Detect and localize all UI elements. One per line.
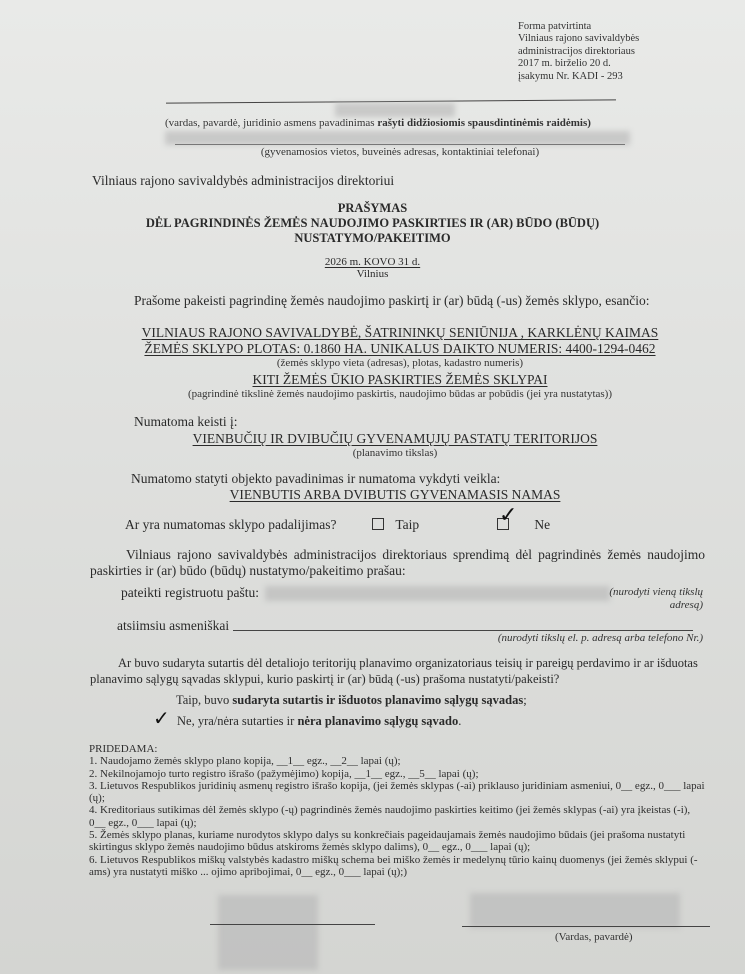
applicant-name-caption: (vardas, pavardė, juridinio asmens pavad… [165, 117, 645, 129]
pickup-contact-field[interactable] [233, 630, 693, 631]
change-to-caption: (planavimo tikslas) [100, 447, 690, 459]
division-option-yes[interactable]: Taip [372, 517, 419, 533]
plot-location: VILNIAUS RAJONO SAVIVALDYBĖ, ŠATRININKŲ … [100, 325, 700, 341]
attachment-item: 6. Lietuvos Respublikos miškų valstybės … [89, 854, 707, 879]
change-to-value: VIENBUČIŲ IR DVIBUČIŲ GYVENAMŲJŲ PASTATŲ… [100, 431, 690, 447]
redacted-applicant-address [165, 131, 630, 145]
approval-line: Vilniaus rajono savivaldybės [518, 33, 639, 45]
signature-caption: (Vardas, pavardė) [555, 931, 633, 943]
plot-current-purpose-caption: (pagrindinė tikslinė žemės naudojimo pas… [100, 388, 700, 400]
title-line-1: PRAŠYMAS [0, 201, 745, 216]
document-title: PRAŠYMAS DĖL PAGRINDINĖS ŽEMĖS NAUDOJIMO… [0, 201, 745, 246]
document-date: 2026 m. KOVO 31 d. [0, 256, 745, 268]
delivery-pickup-label: atsiimsiu asmeniškai [117, 618, 229, 634]
checkbox-yes[interactable] [372, 518, 384, 530]
title-line-2: DĖL PAGRINDINĖS ŽEMĖS NAUDOJIMO PASKIRTI… [0, 216, 745, 231]
plot-area-and-id: ŽEMĖS SKLYPO PLOTAS: 0.1860 HA. UNIKALUS… [100, 341, 700, 357]
delivery-post-label: pateikti registruotu paštu: [121, 585, 259, 601]
attachment-item: 2. Nekilnojamojo turto registro išrašo (… [89, 768, 707, 780]
agreement-option-no[interactable]: Ne, yra/nėra sutarties ir nėra planavimo… [177, 714, 461, 729]
document-place: Vilnius [0, 268, 745, 280]
signature-name-line [462, 926, 710, 927]
approval-line: Forma patvirtinta [518, 21, 639, 33]
attachment-item: 3. Lietuvos Respublikos juridinių asmenų… [89, 780, 707, 805]
approval-line: 2017 m. birželio 20 d. [518, 58, 639, 70]
checkmark-icon: ✓ [153, 706, 170, 730]
object-value: VIENBUTIS ARBA DVIBUTIS GYVENAMASIS NAMA… [100, 487, 690, 503]
applicant-address-line [175, 144, 625, 145]
object-label: Numatomo statyti objekto pavadinimas ir … [131, 471, 500, 487]
approval-line: administracijos direktoriaus [518, 46, 639, 58]
redacted-signature [470, 893, 680, 928]
plot-caption: (žemės sklypo vieta (adresas), plotas, k… [100, 357, 700, 369]
attachment-item: 1. Naudojamo žemės sklypo plano kopija, … [89, 755, 707, 767]
agreement-question: Ar buvo sudaryta sutartis dėl detaliojo … [90, 655, 710, 687]
delivery-post-hint: (nurodyti vieną tikslų adresą) [608, 586, 703, 612]
attachment-item: 5. Žemės sklypo planas, kuriame nurodyto… [89, 829, 707, 854]
signature-date-line [210, 924, 375, 925]
delivery-intro: Vilniaus rajono savivaldybės administrac… [90, 547, 705, 579]
form-approval-note: Forma patvirtinta Vilniaus rajono saviva… [518, 21, 639, 83]
attachments-heading: PRIDEDAMA: [89, 743, 707, 755]
division-option-no[interactable]: ✓ Ne [497, 517, 550, 533]
change-to-label: Numatoma keisti į: [134, 414, 238, 430]
attachment-item: 4. Kreditoriaus sutikimas dėl žemės skly… [89, 804, 707, 829]
attachments-list: PRIDEDAMA: 1. Naudojamo žemės sklypo pla… [89, 743, 707, 878]
plot-current-purpose: KITI ŽEMĖS ŪKIO PASKIRTIES ŽEMĖS SKLYPAI [100, 372, 700, 388]
title-line-3: NUSTATYMO/PAKEITIMO [0, 231, 745, 246]
redacted-signature-date [218, 895, 318, 970]
applicant-address-caption: (gyvenamosios vietos, buveinės adresas, … [165, 146, 635, 158]
approval-line: įsakymu Nr. KADI - 293 [518, 71, 639, 83]
agreement-option-yes[interactable]: Taip, buvo sudaryta sutartis ir išduotos… [176, 693, 527, 708]
delivery-pickup-hint: (nurodyti tikslų el. p. adresą arba tele… [400, 632, 703, 644]
checkmark-icon: ✓ [499, 503, 517, 528]
addressee: Vilniaus rajono savivaldybės administrac… [92, 173, 394, 189]
redacted-applicant-name [335, 103, 455, 117]
division-question: Ar yra numatomas sklypo padalijimas? [125, 517, 336, 533]
redacted-postal-address [265, 586, 610, 601]
request-intro: Prašome pakeisti pagrindinę žemės naudoj… [134, 293, 649, 309]
